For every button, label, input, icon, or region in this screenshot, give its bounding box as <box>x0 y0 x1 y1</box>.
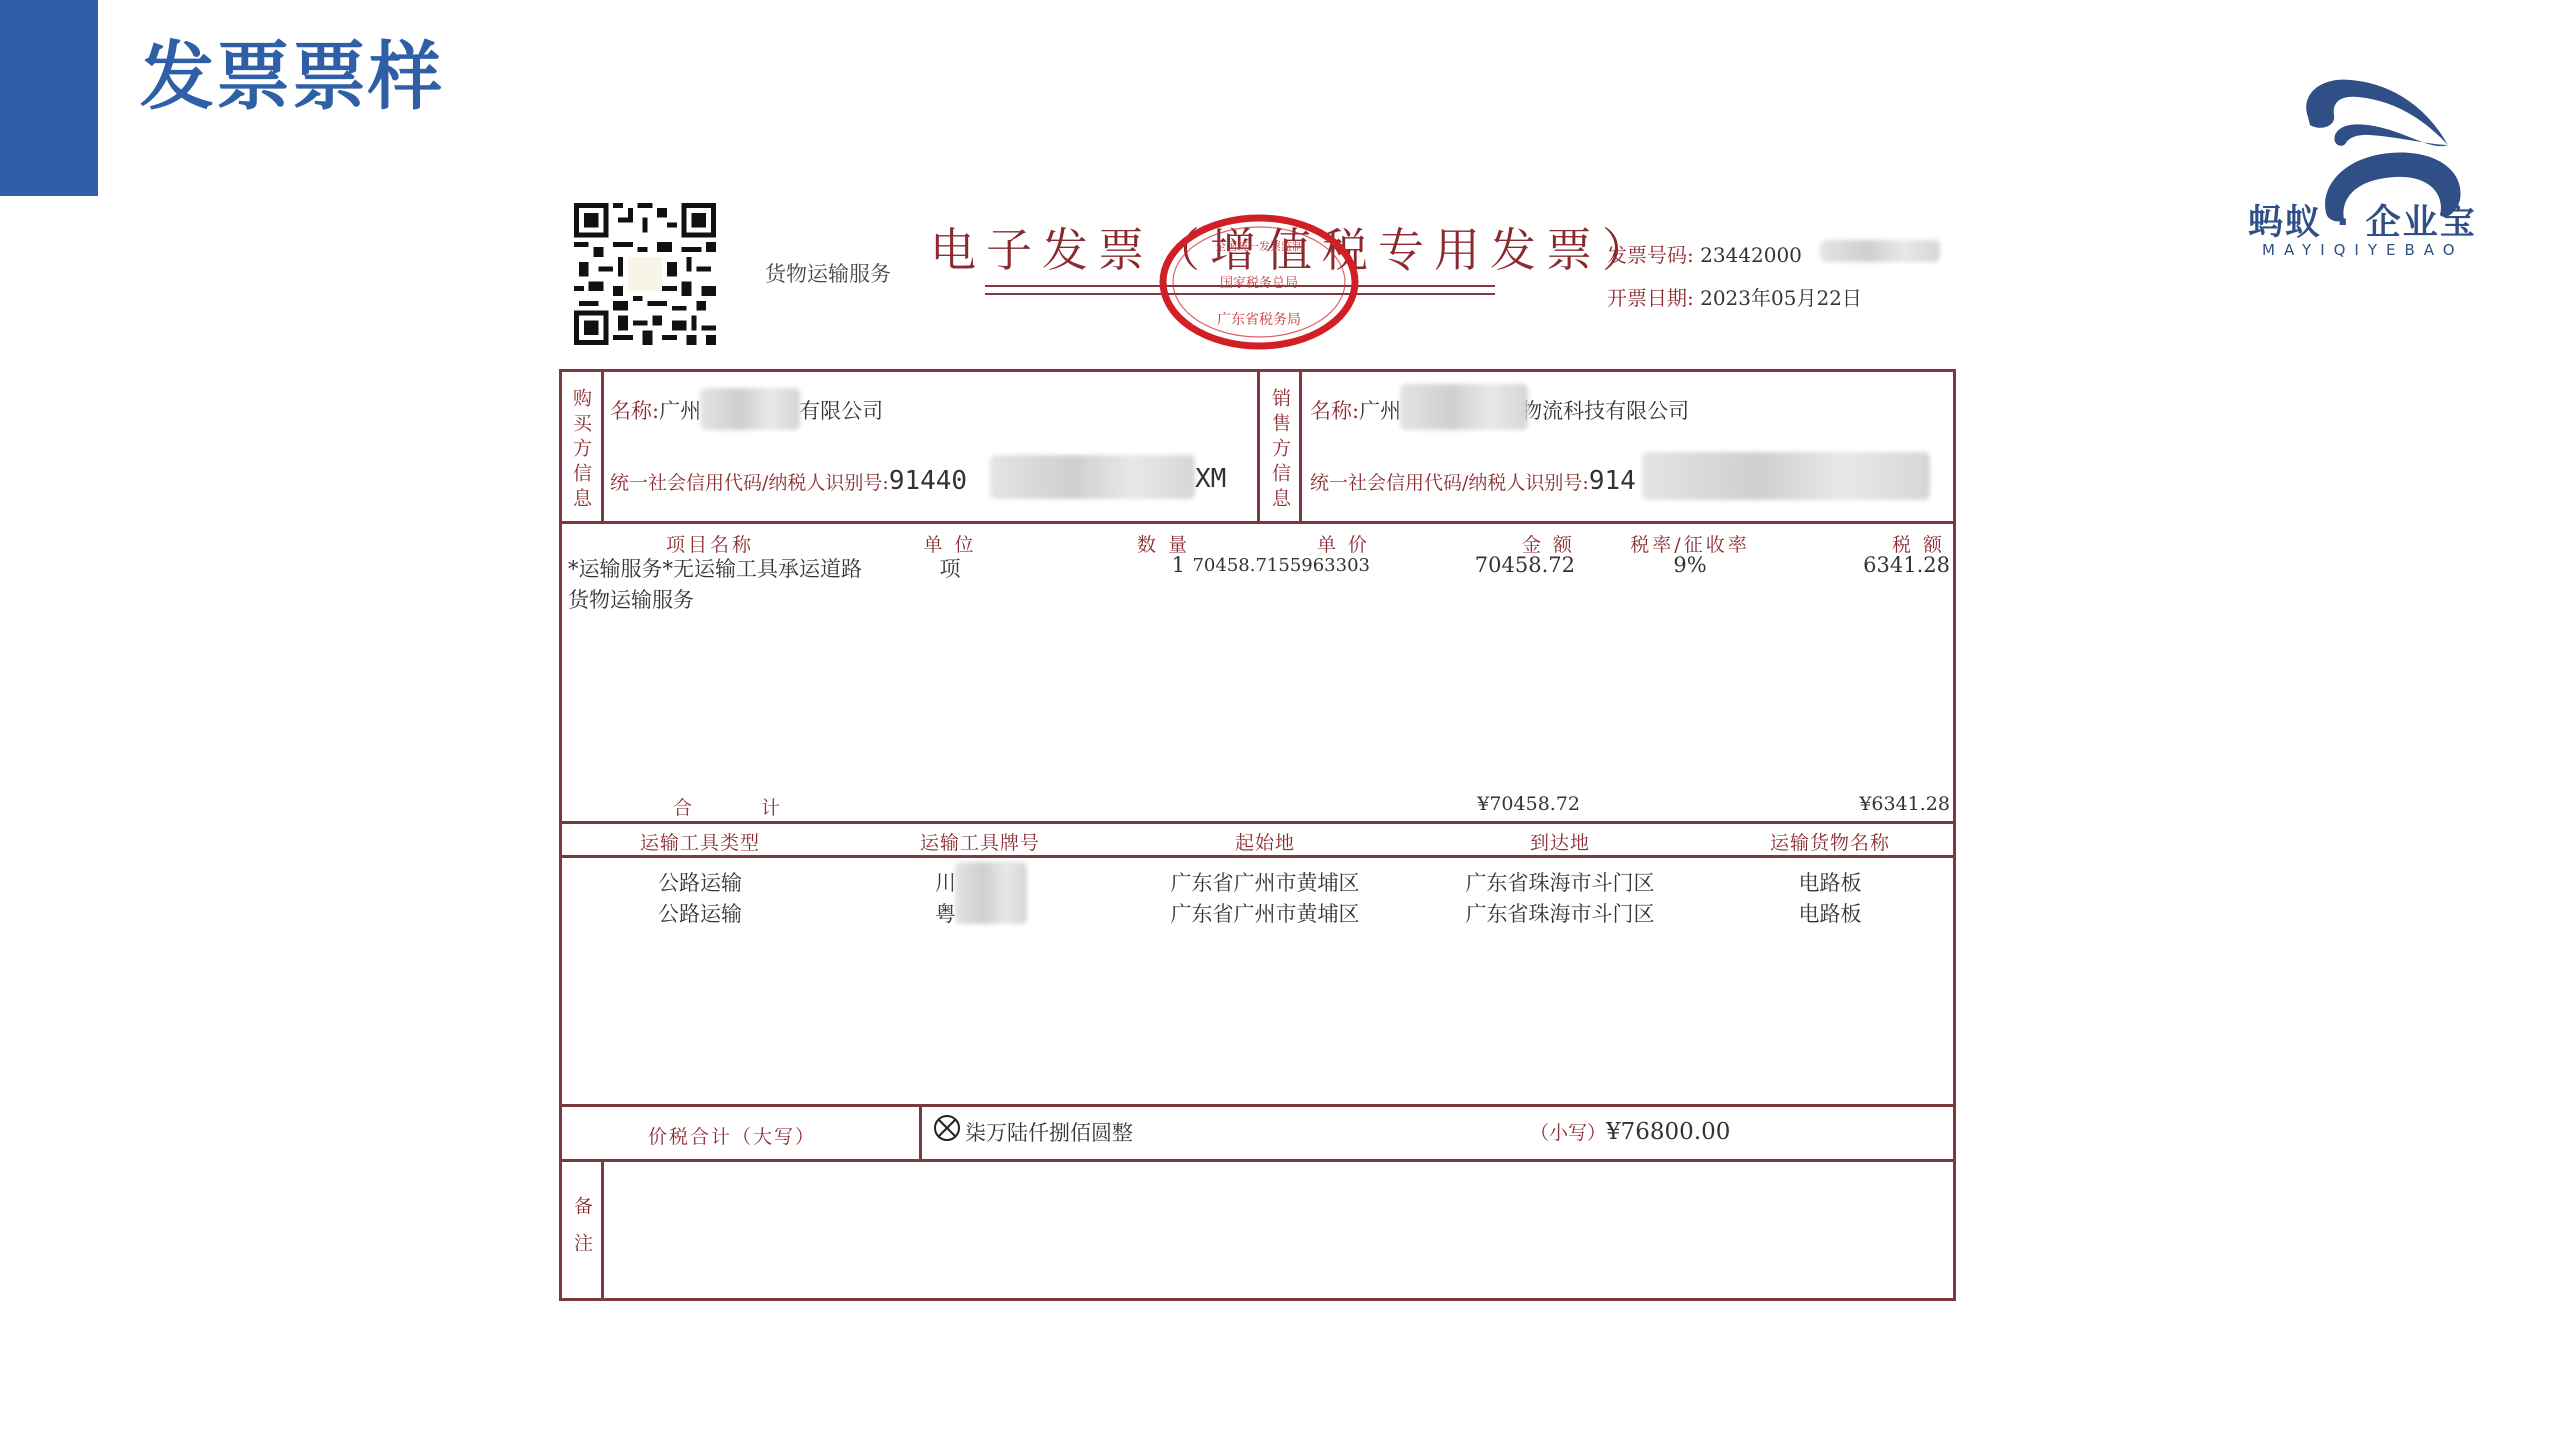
transport-destination: 广东省珠海市斗门区 <box>1440 898 1680 928</box>
buyer-tax-id-suffix: XM <box>1195 464 1226 494</box>
item-amount: 70458.72 <box>1430 553 1575 577</box>
divider-total <box>559 1159 1956 1162</box>
seller-tax-id: 统一社会信用代码/纳税人识别号:914 <box>1310 466 1636 496</box>
total-tax: ¥6341.28 <box>1800 793 1950 815</box>
issue-date-label: 开票日期: <box>1607 286 1694 310</box>
service-type-label: 货物运输服务 <box>765 258 891 288</box>
seller-block-divider <box>1257 369 1260 523</box>
logo-pinyin: MAYIQIYEBAO <box>2262 241 2464 259</box>
seller-tax-id-label: 统一社会信用代码/纳税人识别号: <box>1310 472 1589 494</box>
transport-plate: 川 <box>935 867 956 897</box>
divider-items <box>559 821 1956 824</box>
seller-label-divider <box>1299 369 1302 523</box>
svg-text:国家税务总局: 国家税务总局 <box>1220 276 1298 291</box>
item-name-line1: *运输服务*无运输工具承运道路 <box>568 553 862 583</box>
svg-text:广东省税务局: 广东省税务局 <box>1217 311 1301 328</box>
tax-bureau-stamp-icon: 全国统一发票监制 国家税务总局 广东省税务局 <box>1158 212 1360 352</box>
slide-title: 发票票样 <box>140 40 444 114</box>
transport-vehicle-type: 公路运输 <box>610 867 790 897</box>
divider-transport <box>559 1104 1956 1107</box>
grand-total-label: 价税合计（大写） <box>648 1122 816 1149</box>
buyer-tax-id-label: 统一社会信用代码/纳税人识别号: <box>610 472 889 494</box>
issue-date: 开票日期: 2023年05月22日 <box>1607 282 1862 311</box>
qr-code-icon <box>574 203 716 345</box>
logo-name: 蚂蚁 · 企业宝 <box>2248 195 2477 245</box>
col-header-plate: 运输工具牌号 <box>890 828 1070 855</box>
table-border-bottom <box>559 1298 1956 1301</box>
grand-total-small-label: （小写） <box>1530 1122 1606 1144</box>
transport-goods: 电路板 <box>1770 867 1890 897</box>
transport-destination: 广东省珠海市斗门区 <box>1440 867 1680 897</box>
seller-name-suffix: 物流科技有限公司 <box>1521 399 1689 423</box>
divider-transport-header <box>559 855 1956 858</box>
remarks-label: 备注 <box>569 1196 596 1270</box>
transport-goods: 电路板 <box>1770 898 1890 928</box>
seller-tax-id-prefix: 914 <box>1589 466 1636 496</box>
accent-bar <box>0 0 98 196</box>
seller-name-prefix: 广州 <box>1359 399 1401 423</box>
col-header-unit-price: 单 价 <box>1280 530 1370 557</box>
redacted-seller-name <box>1400 384 1528 430</box>
total-label: 合 计 <box>673 793 783 820</box>
redacted-plates <box>955 862 1027 924</box>
redacted-seller-tax-id <box>1642 452 1930 500</box>
grand-total-in-figures: ¥76800.00 <box>1606 1119 1730 1145</box>
invoice-number-label: 发票号码: <box>1607 243 1694 267</box>
item-quantity: 1 <box>1120 553 1185 577</box>
redacted-invoice-number <box>1820 240 1940 262</box>
item-tax: 6341.28 <box>1820 553 1950 577</box>
invoice-number: 发票号码: 23442000 <box>1607 239 1802 268</box>
transport-vehicle-type: 公路运输 <box>610 898 790 928</box>
seller-section-label: 销售方信息 <box>1267 388 1294 513</box>
transport-origin: 广东省广州市黄埔区 <box>1145 867 1385 897</box>
grand-total-figures: （小写）¥76800.00 <box>1530 1118 1730 1145</box>
col-header-vehicle-type: 运输工具类型 <box>610 828 790 855</box>
issue-date-value: 2023年05月22日 <box>1700 286 1862 310</box>
total-amount: ¥70458.72 <box>1400 793 1580 815</box>
seller-name-label: 名称: <box>1310 399 1359 423</box>
invoice-number-value: 23442000 <box>1700 243 1802 267</box>
item-name-line2: 货物运输服务 <box>568 584 694 614</box>
item-unit-price: 70458.7155963303 <box>1190 555 1370 576</box>
buyer-name-prefix: 广州 <box>659 399 701 423</box>
item-tax-rate: 9% <box>1650 553 1730 577</box>
col-header-goods: 运输货物名称 <box>1740 828 1920 855</box>
buyer-name-label: 名称: <box>610 399 659 423</box>
col-header-origin: 起始地 <box>1175 828 1355 855</box>
svg-text:全国统一发票监制: 全国统一发票监制 <box>1215 239 1303 253</box>
item-unit: 项 <box>920 553 980 583</box>
buyer-section-label: 购买方信息 <box>568 388 595 513</box>
buyer-label-divider <box>601 369 604 523</box>
circle-x-icon <box>933 1114 961 1142</box>
transport-plate: 粤 <box>935 898 956 928</box>
transport-origin: 广东省广州市黄埔区 <box>1145 898 1385 928</box>
buyer-tax-id-prefix: 91440 <box>889 466 967 496</box>
redacted-buyer-name <box>700 388 800 430</box>
grand-total-in-words: 柒万陆仟捌佰圆整 <box>965 1117 1133 1147</box>
total-label-divider <box>919 1104 922 1161</box>
remarks-label-divider <box>601 1159 604 1300</box>
col-header-destination: 到达地 <box>1470 828 1650 855</box>
buyer-tax-id: 统一社会信用代码/纳税人识别号:91440 <box>610 466 967 496</box>
buyer-name-suffix: 有限公司 <box>799 399 883 423</box>
redacted-buyer-tax-id <box>990 455 1195 499</box>
